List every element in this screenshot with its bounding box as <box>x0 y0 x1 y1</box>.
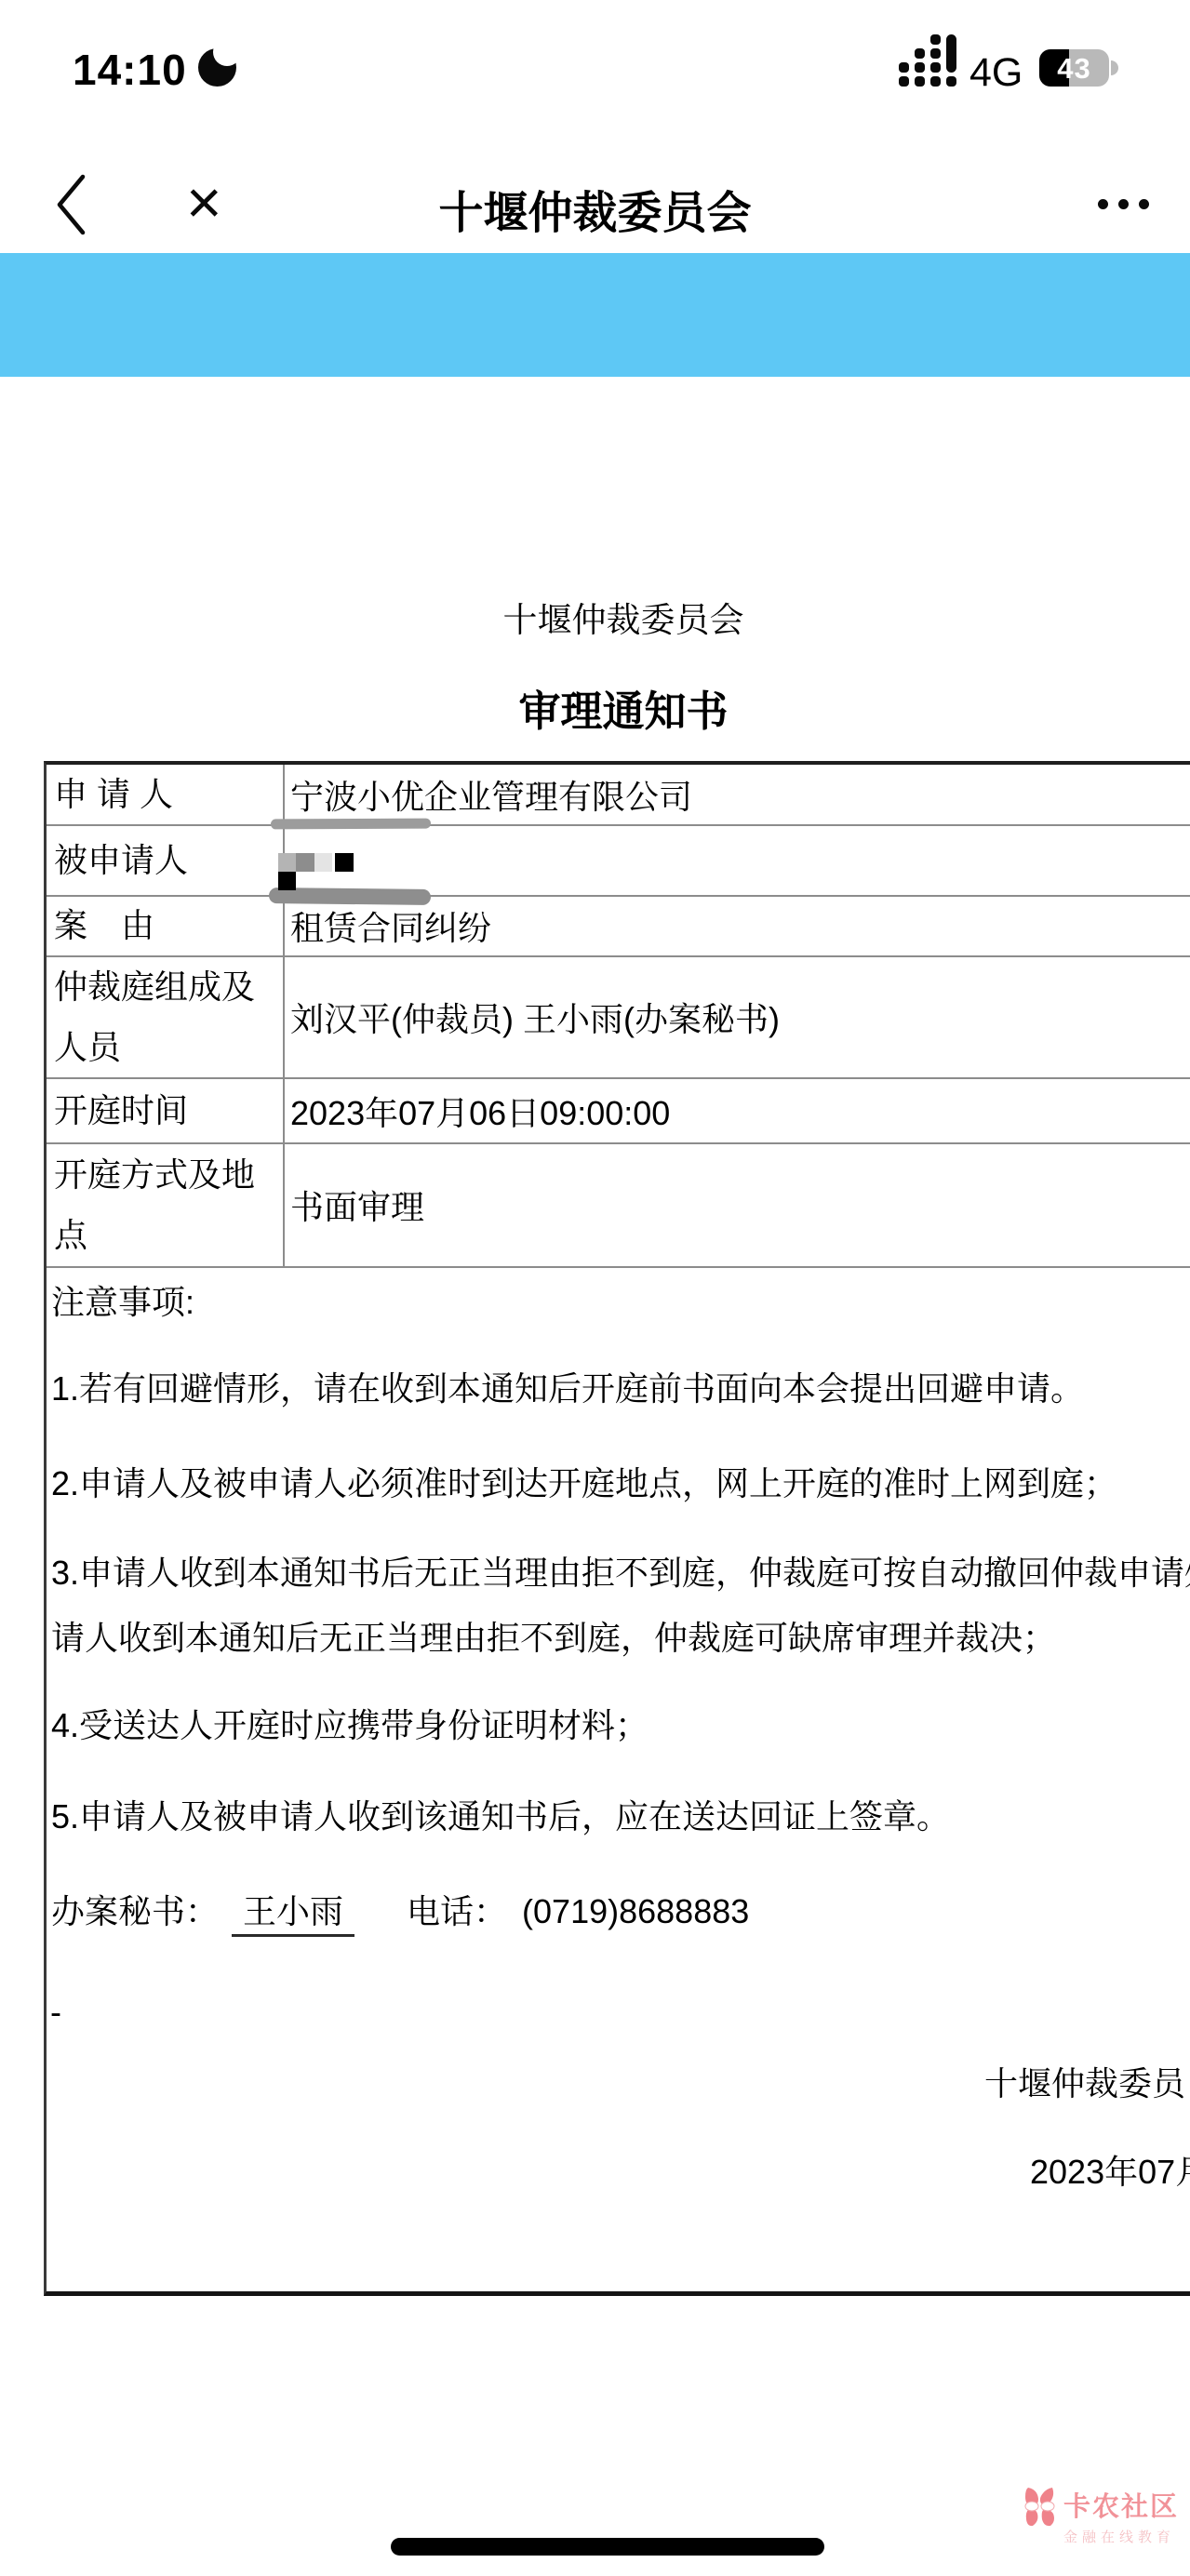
note-line: 2.申请人及被申请人必须准时到达开庭地点，网上开庭的准时上网到庭； <box>51 1463 1117 1504</box>
row-label: 被申请人 <box>47 826 285 895</box>
signature-org: 十堰仲裁委员 <box>984 2063 1185 2104</box>
row-label: 仲裁庭组成及 人员 <box>47 957 285 1077</box>
battery-nub <box>1111 60 1118 75</box>
status-time: 14:10 <box>73 45 187 95</box>
site-watermark: 卡农社区 金融在线教育 <box>1024 2486 1179 2546</box>
row-value: 宁波小优企业管理有限公司 <box>285 765 1190 824</box>
phone-label: 电话： <box>407 1891 507 1932</box>
table-row-hearing-mode: 开庭方式及地 点 书面审理 <box>47 1144 1190 1268</box>
battery-icon: 43 <box>1039 49 1109 87</box>
row-value: 租赁合同纠纷 <box>285 897 1190 955</box>
row-value <box>285 826 1190 895</box>
table-row-respondent: 被申请人 <box>47 826 1190 897</box>
webview-header: ← <box>0 253 1190 377</box>
dash-mark: - <box>50 1992 61 2033</box>
document-title: 审理通知书 <box>0 677 1190 738</box>
row-value: 书面审理 <box>285 1144 1190 1266</box>
table-row-hearing-time: 开庭时间 2023年07月06日09:00:00 <box>47 1079 1190 1144</box>
secretary-name: 王小雨 <box>232 1891 354 1937</box>
redaction-blocks <box>278 853 390 890</box>
notes-section: 注意事项: 1.若有回避情形，请在收到本通知后开庭前书面向本会提出回避申请。 2… <box>47 1268 1190 2291</box>
page-title: 十堰仲裁委员会 <box>0 177 1190 241</box>
do-not-disturb-moon-icon <box>198 48 236 87</box>
row-value: 2023年07月06日09:00:00 <box>285 1079 1190 1142</box>
kanong-logo-icon <box>1024 2486 1056 2529</box>
note-line: 1.若有回避情形，请在收到本通知后开庭前书面向本会提出回避申请。 <box>51 1368 1084 1409</box>
note-line: 5.申请人及被申请人收到该通知书后，应在送达回证上签章。 <box>51 1796 950 1837</box>
battery-percent: 43 <box>1039 52 1109 86</box>
gray-marker-smudge <box>271 819 431 830</box>
signature-date: 2023年07月 <box>1030 2152 1190 2193</box>
note-line: 4.受送达人开庭时应携带身份证明材料； <box>51 1705 648 1746</box>
row-value: 刘汉平(仲裁员) 王小雨(办案秘书) <box>285 957 1190 1077</box>
note-line: 请人收到本通知后无正当理由拒不到庭，仲裁庭可缺席审理并裁决； <box>51 1618 1056 1659</box>
watermark-title: 卡农社区 <box>1063 2486 1179 2524</box>
network-type-label: 4G <box>969 50 1023 96</box>
home-indicator[interactable] <box>391 2538 824 2556</box>
back-arrow-icon[interactable]: ← <box>41 528 100 595</box>
watermark-subtitle: 金融在线教育 <box>1063 2527 1179 2546</box>
row-label: 开庭方式及地 点 <box>47 1144 285 1266</box>
document-org-title: 十堰仲裁委员会 <box>0 592 1190 642</box>
note-line: 3.申请人收到本通知书后无正当理由拒不到庭，仲裁庭可按自动撤回仲裁申请处 <box>51 1553 1190 1594</box>
secretary-label: 办案秘书： <box>51 1891 219 1932</box>
table-row-applicant: 申 请 人 宁波小优企业管理有限公司 <box>47 765 1190 826</box>
more-menu-icon[interactable] <box>1098 199 1149 209</box>
table-row-tribunal: 仲裁庭组成及 人员 刘汉平(仲裁员) 王小雨(办案秘书) <box>47 957 1190 1079</box>
cellular-signal-icon <box>899 45 956 87</box>
phone-screen: 14:10 4G 43 × 十堰仲裁委员会 ← 十堰仲裁委员会 审理通知书 <box>0 0 1190 2576</box>
secretary-line: 办案秘书： 王小雨 电话： (0719)8688883 <box>51 1891 749 1937</box>
row-label: 申 请 人 <box>47 765 285 824</box>
table-row-cause: 案 由 租赁合同纠纷 <box>47 897 1190 957</box>
notice-table: 申 请 人 宁波小优企业管理有限公司 被申请人 案 由 租赁合同纠纷 仲裁庭组成… <box>44 761 1190 2296</box>
row-label: 开庭时间 <box>47 1079 285 1142</box>
row-label: 案 由 <box>47 897 285 955</box>
notes-heading: 注意事项: <box>51 1282 194 1323</box>
phone-number: (0719)8688883 <box>522 1891 749 1932</box>
